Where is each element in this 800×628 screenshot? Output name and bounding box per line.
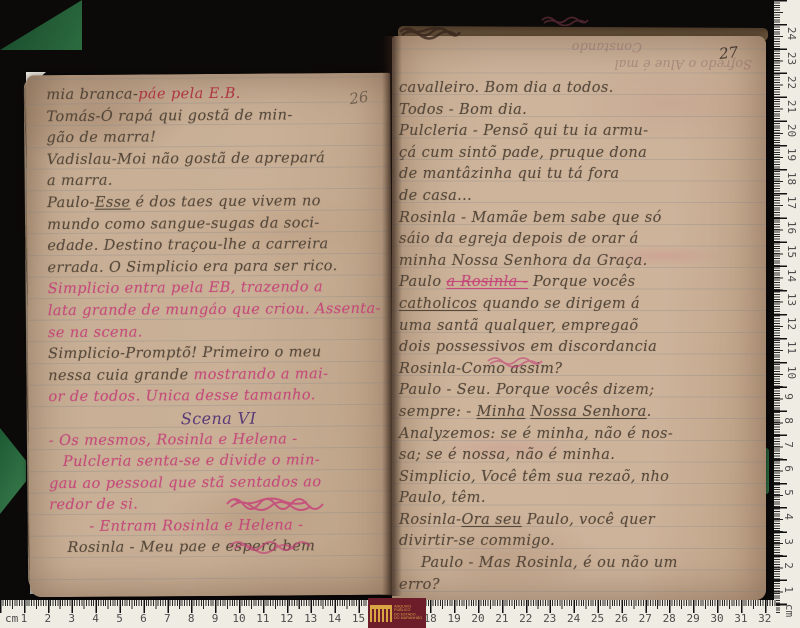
manuscript-line: nessa cuia grande mostrando a mai- bbox=[48, 363, 388, 387]
ruler-number: 8 bbox=[782, 417, 795, 424]
handwriting-segment: Simplicio entra pela EB, trazendo a bbox=[48, 280, 323, 298]
ruler-number: 19 bbox=[785, 148, 798, 161]
manuscript-line: gau ao pessoal que stã sentados ao bbox=[49, 471, 389, 495]
manuscript-line: Rosinla - Mamãe bem sabe que só bbox=[399, 208, 764, 230]
manuscript-line: minha Nossa Senhora da Graça. bbox=[399, 251, 764, 273]
manuscript-line: - Os mesmos, Rosinla e Helena - bbox=[49, 428, 389, 452]
handwriting-segment: Scena VI bbox=[181, 409, 257, 429]
ruler-number: 11 bbox=[785, 341, 798, 354]
manuscript-line: sáio da egreja depois de orar á bbox=[399, 229, 764, 251]
manuscript-line: mia branca-páe pela E.B. bbox=[46, 83, 386, 107]
handwriting-segment: sáio da egreja depois de orar á bbox=[399, 231, 639, 247]
handwriting-segment: çá cum sintõ pade, pruque dona bbox=[399, 145, 647, 161]
ruler-number: 18 bbox=[785, 172, 798, 185]
flipped-bleedthrough-note: Sofredo o Alue é mal Constando bbox=[522, 38, 752, 72]
manuscript-line: divirtir-se commigo. bbox=[399, 531, 764, 553]
ruler-number: 15 bbox=[352, 612, 365, 625]
ruler-number: 6 bbox=[782, 465, 795, 472]
handwriting-segment: . bbox=[647, 404, 652, 420]
ruler-number: 24 bbox=[567, 612, 580, 625]
manuscript-line: Rosinla - Meu pae e esperá bem bbox=[49, 536, 389, 560]
handwriting-segment: Todos - Bom dia. bbox=[399, 102, 527, 118]
handwriting-segment: Rosinla- bbox=[399, 512, 461, 528]
handwriting-segment: minha Nossa Senhora da Graça. bbox=[399, 253, 648, 269]
manuscript-line: errada. O Simplicio era para ser rico. bbox=[47, 256, 387, 280]
manuscript-line: lata grande de mungáo que criou. Assenta… bbox=[48, 299, 388, 323]
handwriting-segment: uma santã qualquer, empregaõ bbox=[399, 318, 639, 334]
ruler-number: 5 bbox=[782, 489, 795, 496]
ruler-number: 3 bbox=[68, 612, 75, 625]
building-icon bbox=[370, 605, 392, 622]
handwriting-segment: Rosinla-Como assim? bbox=[399, 361, 562, 377]
handwriting-segment: gão de marra! bbox=[47, 130, 157, 147]
handwriting-segment: Simplicio-Promptõ! Primeiro o meu bbox=[48, 344, 322, 362]
handwriting-segment: páe pela E.B. bbox=[138, 86, 241, 103]
handwriting-segment: Rosinla - Mamãe bem sabe que só bbox=[399, 210, 662, 226]
handwriting-segment: Paulo - Mas Rosinla, é ou não um bbox=[421, 555, 678, 571]
manuscript-line: çá cum sintõ pade, pruque dona bbox=[399, 143, 764, 165]
ruler-number: 10 bbox=[785, 365, 798, 378]
manuscript-line: mundo como sangue-sugas da soci- bbox=[47, 212, 387, 236]
right-page-text: cavalleiro. Bom dia a todos.Todos - Bom … bbox=[399, 78, 764, 596]
ruler-number: 19 bbox=[447, 612, 460, 625]
handwriting-segment: - Os mesmos, Rosinla e Helena - bbox=[49, 431, 298, 449]
left-page: 26 mia branca-páe pela E.B.Tomás-Ó rapá … bbox=[26, 73, 394, 598]
manuscript-line: Scena VI bbox=[49, 407, 389, 431]
felt-patch bbox=[0, 0, 82, 50]
handwriting-segment: Paulo bbox=[399, 274, 446, 290]
ruler-number: 31 bbox=[734, 612, 747, 625]
handwriting-segment: se na scena. bbox=[48, 324, 143, 341]
handwriting-segment: - Entram Rosinla e Helena - bbox=[89, 517, 303, 534]
ruler-ticks-major bbox=[774, 0, 787, 614]
handwriting-segment: mostrando a mai- bbox=[194, 366, 329, 383]
ruler-number: 6 bbox=[140, 612, 147, 625]
ruler-number: 20 bbox=[785, 124, 798, 137]
manuscript-line: Rosinla-Como assim? bbox=[399, 359, 764, 381]
ruler-number: 1 bbox=[782, 586, 795, 593]
handwriting-segment: Porque vocês bbox=[528, 274, 636, 290]
handwriting-segment: or de todos. Unica desse tamanho. bbox=[48, 388, 315, 406]
handwriting-segment: Minha bbox=[477, 404, 526, 420]
stamp-text: ARQUIVO PÚBLICO DO ESTADO DO MARANHÃO bbox=[394, 605, 422, 621]
handwriting-segment: errada. O Simplicio era para ser rico. bbox=[47, 258, 337, 276]
handwriting-segment: Tomás-Ó rapá qui gostã de min- bbox=[46, 107, 292, 125]
manuscript-line: Pulcleria senta-se e divide o min- bbox=[49, 450, 389, 474]
ruler-number: 13 bbox=[304, 612, 317, 625]
handwriting-segment: divirtir-se commigo. bbox=[399, 533, 555, 549]
felt-patch bbox=[0, 428, 26, 514]
handwriting-segment: Paulo - Seu. Porque vocês dizem; bbox=[399, 382, 655, 398]
ink-scribble bbox=[540, 14, 592, 26]
handwriting-segment: Analyzemos: se é minha, não é nos- bbox=[399, 426, 673, 442]
manuscript-line: Tomás-Ó rapá qui gostã de min- bbox=[46, 104, 386, 128]
handwriting-segment: Vadislau-Moi não gostã de aprepará bbox=[47, 150, 325, 168]
handwriting-segment: a Rosinla - bbox=[446, 274, 528, 290]
ruler-number: 29 bbox=[686, 612, 699, 625]
ruler-number: 32 bbox=[758, 612, 771, 625]
handwriting-segment: erro? bbox=[399, 577, 440, 593]
manuscript-line: cavalleiro. Bom dia a todos. bbox=[399, 78, 764, 100]
ruler-number: 22 bbox=[519, 612, 532, 625]
manuscript-line: Paulo, têm. bbox=[399, 488, 764, 510]
ruler-number: 23 bbox=[543, 612, 556, 625]
ruler-number: 14 bbox=[785, 269, 798, 282]
handwriting-segment: Paulo, você quer bbox=[522, 512, 655, 528]
handwriting-segment: edade. Destino traçou-lhe a carreira bbox=[47, 236, 328, 254]
ruler-unit-label: cm bbox=[5, 612, 18, 625]
ruler-number: 5 bbox=[116, 612, 123, 625]
handwriting-segment: dois possessivos em discordancia bbox=[399, 339, 657, 355]
ruler-number: 21 bbox=[495, 612, 508, 625]
manuscript-line: Vadislau-Moi não gostã de aprepará bbox=[47, 148, 387, 172]
manuscript-line: a marra. bbox=[47, 169, 387, 193]
ruler-number: 17 bbox=[785, 196, 798, 209]
manuscript-line: Simplicio, Você têm sua rezaõ, nho bbox=[399, 467, 764, 489]
manuscript-line: se na scena. bbox=[48, 320, 388, 344]
ruler-number: 28 bbox=[663, 612, 676, 625]
manuscript-line: Analyzemos: se é minha, não é nos- bbox=[399, 424, 764, 446]
ruler-number: 16 bbox=[785, 220, 798, 233]
handwriting-segment: sempre: - bbox=[399, 404, 477, 420]
ruler-number: 1 bbox=[21, 612, 28, 625]
manuscript-line: Paulo - Seu. Porque vocês dizem; bbox=[399, 380, 764, 402]
ruler-number: 30 bbox=[710, 612, 723, 625]
ruler-number: 2 bbox=[44, 612, 51, 625]
manuscript-line: dois possessivos em discordancia bbox=[399, 337, 764, 359]
manuscript-line: Simplicio entra pela EB, trazendo a bbox=[48, 277, 388, 301]
handwriting-segment: redor de si. bbox=[49, 497, 138, 514]
vertical-ruler: 123456789101112131415161718192021222324 … bbox=[774, 0, 800, 628]
ruler-number: 4 bbox=[92, 612, 99, 625]
handwriting-segment: de mantâzinha qui tu tá fora bbox=[399, 166, 619, 182]
ruler-number: 27 bbox=[639, 612, 652, 625]
handwriting-segment: é dos taes que vivem no bbox=[130, 193, 321, 210]
ruler-number: 11 bbox=[256, 612, 269, 625]
manuscript-line: Paulo-Esse é dos taes que vivem no bbox=[47, 191, 387, 215]
handwriting-segment: Esse bbox=[95, 195, 131, 211]
handwriting-segment: Paulo, têm. bbox=[399, 490, 486, 506]
handwriting-segment: catholicos bbox=[399, 296, 477, 312]
handwriting-segment: Paulo- bbox=[47, 195, 95, 211]
manuscript-line: sempre: - Minha Nossa Senhora. bbox=[399, 402, 764, 424]
handwriting-segment: Pulcleria senta-se e divide o min- bbox=[63, 452, 320, 470]
ruler-number: 26 bbox=[615, 612, 628, 625]
handwriting-segment: a marra. bbox=[47, 173, 113, 189]
handwriting-segment: Rosinla - Meu pae e esperá bem bbox=[67, 539, 315, 557]
ruler-number: 9 bbox=[212, 612, 219, 625]
book-gutter-shadow bbox=[382, 36, 402, 596]
manuscript-line: gão de marra! bbox=[47, 126, 387, 150]
manuscript-line: uma santã qualquer, empregaõ bbox=[399, 316, 764, 338]
manuscript-line: Paulo a Rosinla - Porque vocês bbox=[399, 272, 764, 294]
ruler-number: 4 bbox=[782, 514, 795, 521]
ruler-number: 10 bbox=[232, 612, 245, 625]
archive-stamp: ARQUIVO PÚBLICO DO ESTADO DO MARANHÃO bbox=[368, 598, 426, 628]
manuscript-line: edade. Destino traçou-lhe a carreira bbox=[47, 234, 387, 258]
handwriting-segment: de casa... bbox=[399, 188, 472, 204]
handwriting-segment: sa; se é nossa, não é minha. bbox=[399, 447, 615, 463]
ruler-number: 20 bbox=[471, 612, 484, 625]
ruler-number: 9 bbox=[782, 393, 795, 400]
manuscript-line: Todos - Bom dia. bbox=[399, 100, 764, 122]
manuscript-line: catholicos quando se dirigem á bbox=[399, 294, 764, 316]
handwriting-segment: Pulcleria - Pensõ qui tu ia armu- bbox=[399, 123, 649, 139]
ruler-number: 21 bbox=[785, 100, 798, 113]
ruler-number: 12 bbox=[280, 612, 293, 625]
right-page: 27 Sofredo o Alue é mal Constando cavall… bbox=[392, 36, 766, 600]
ruler-number: 24 bbox=[785, 27, 798, 40]
handwriting-segment: Ora seu bbox=[461, 512, 521, 528]
manuscript-photo: 26 mia branca-páe pela E.B.Tomás-Ó rapá … bbox=[0, 0, 800, 628]
manuscript-line: Paulo - Mas Rosinla, é ou não um bbox=[399, 553, 764, 575]
manuscript-line: Simplicio-Promptõ! Primeiro o meu bbox=[48, 342, 388, 366]
ruler-number: 8 bbox=[188, 612, 195, 625]
manuscript-line: or de todos. Unica desse tamanho. bbox=[48, 385, 388, 409]
handwriting-segment: nessa cuia grande bbox=[48, 367, 193, 384]
handwriting-segment: mundo como sangue-sugas da soci- bbox=[47, 215, 320, 233]
handwriting-segment: gau ao pessoal que stã sentados ao bbox=[49, 474, 322, 492]
handwriting-segment: lata grande de mungáo que criou. Assenta… bbox=[48, 301, 381, 319]
handwriting-segment: cavalleiro. Bom dia a todos. bbox=[399, 80, 614, 96]
ruler-number: 7 bbox=[164, 612, 171, 625]
manuscript-line: sa; se é nossa, não é minha. bbox=[399, 445, 764, 467]
manuscript-line: de mantâzinha qui tu tá fora bbox=[399, 164, 764, 186]
handwriting-segment: quando se dirigem á bbox=[477, 296, 640, 312]
ruler-number: 12 bbox=[785, 317, 798, 330]
ruler-number: 22 bbox=[785, 76, 798, 89]
ruler-number: 7 bbox=[782, 441, 795, 448]
ruler-number: 13 bbox=[785, 293, 798, 306]
manuscript-line: - Entram Rosinla e Helena - bbox=[49, 515, 389, 539]
manuscript-line: erro? bbox=[399, 575, 764, 597]
ruler-number: 25 bbox=[591, 612, 604, 625]
handwriting-segment: mia branca- bbox=[46, 86, 138, 103]
handwriting-segment: Simplicio, Você têm sua rezaõ, nho bbox=[399, 469, 669, 485]
handwriting-segment: Nossa Senhora bbox=[530, 404, 646, 420]
left-page-text: mia branca-páe pela E.B.Tomás-Ó rapá qui… bbox=[46, 83, 389, 560]
ruler-number: 14 bbox=[328, 612, 341, 625]
ruler-number: 23 bbox=[785, 51, 798, 64]
ruler-number: 2 bbox=[782, 562, 795, 569]
manuscript-line: redor de si. bbox=[49, 493, 389, 517]
manuscript-line: Rosinla-Ora seu Paulo, você quer bbox=[399, 510, 764, 532]
ruler-number: 15 bbox=[785, 245, 798, 258]
manuscript-line: de casa... bbox=[399, 186, 764, 208]
ruler-number: 3 bbox=[782, 538, 795, 545]
manuscript-line: Pulcleria - Pensõ qui tu ia armu- bbox=[399, 121, 764, 143]
ruler-unit-label: cm bbox=[783, 604, 796, 617]
